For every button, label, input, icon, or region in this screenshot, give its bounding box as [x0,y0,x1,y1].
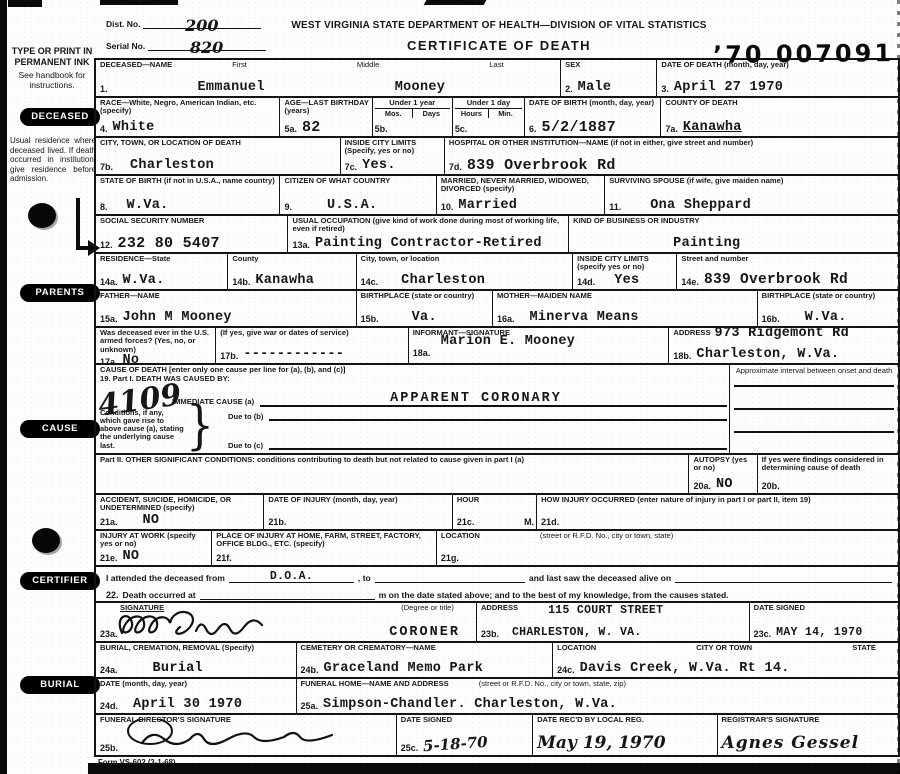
residence-city-label: City, town, or location [361,255,571,263]
immediate-cause-value: APPARENT CORONARY [390,392,562,405]
item-number: 23c. [754,629,772,639]
burial-state-label: STATE [852,644,876,652]
section-tab-cause: CAUSE [20,420,100,438]
item-number: 2. [565,84,573,94]
item-number: 21d. [541,517,559,527]
item-number: 14c. [361,277,379,287]
field-registrar-signature: REGISTRAR'S SIGNATURE Agnes Gessel [718,715,898,755]
field-other-conditions: Part II. OTHER SIGNIFICANT CONDITIONS: c… [96,455,689,493]
serial-number: Serial No. 820 [106,38,266,51]
attended-to-blank [375,570,525,583]
item-number: 24c. [557,665,575,675]
field-cemetery: CEMETERY OR CREMATORY—NAME 24b. Gracelan… [297,643,554,677]
certificate-title: CERTIFICATE OF DEATH [284,38,714,53]
field-surviving-spouse: SURVIVING SPOUSE (if wife, give maiden n… [605,176,898,214]
date-received-label: DATE REC'D BY LOCAL REG. [537,716,714,724]
field-inside-city-limits: INSIDE CITY LIMITS (Specify, yes or no) … [341,138,445,174]
date-received-value: May 19, 1970 [537,733,665,753]
state-of-birth-value: W.Va. [127,199,169,212]
item-number: 10. [441,202,454,212]
field-informant-address: ADDRESS 973 Ridgemont Rd 18b. Charleston… [669,328,898,363]
injury-at-work-value: NO [123,550,140,563]
age-label: AGE—LAST BIRTHDAY (years) [284,99,369,116]
armed-forces-label: Was deceased ever in the U.S. armed forc… [100,329,213,354]
interval-header: Approximate interval between onset and d… [734,367,894,375]
item-number: 20a. [693,481,711,491]
certifier-date-signed-value: MAY 14, 1970 [776,626,862,639]
field-mother-birthplace: BIRTHPLACE (state or country) 16b. W.Va. [758,291,898,326]
city-of-death-value: Charleston [130,159,214,172]
mother-birthplace-value: W.Va. [805,311,847,324]
other-conditions-label: Part II. OTHER SIGNIFICANT CONDITIONS: c… [100,456,686,464]
last-name-value: Mooney [395,81,445,94]
item-number: 7b. [100,162,113,172]
burial-location-value: Davis Creek, W.Va. Rt 14. [580,662,790,675]
item-number: 21f. [216,553,232,563]
field-father-birthplace: BIRTHPLACE (state or country) 15b. Va. [357,291,493,326]
item-number: 24d. [100,701,118,711]
item-number: 14b. [232,277,250,287]
item-number: 9. [284,202,292,212]
field-date-received: DATE REC'D BY LOCAL REG. May 19, 1970 [533,715,717,755]
field-under-1-year: Under 1 year Mos.Days 5b. [373,98,453,136]
funeral-home-sub-label: (street or R.F.D. No., city or town, sta… [479,680,626,688]
degree-title-value: CORONER [389,626,460,639]
field-injury-location: LOCATION (street or R.F.D. No., city or … [437,531,898,565]
deceased-name-label: DECEASED—NAME [100,61,172,69]
item-number: 7c. [345,162,358,172]
field-race: RACE—White, Negro, American Indian, etc.… [96,98,280,136]
certifier-date-signed-label: DATE SIGNED [754,604,896,612]
attended-suffix: and last saw the deceased alive on [529,573,671,583]
item-number: 16b. [762,314,780,324]
brace-glyph: } [186,404,214,456]
item-number: 7d. [449,162,462,172]
ssn-value: 232 80 5407 [118,237,220,250]
race-label: RACE—White, Negro, American Indian, etc.… [100,99,277,116]
hours-label: Hours [455,109,488,118]
field-county-of-death: COUNTY OF DEATH 7a. Kanawha [661,98,898,136]
county-of-death-value: Kanawha [683,121,742,134]
death-occurred-suffix: m on the date stated above; and to the b… [379,590,729,600]
scan-edge-left [0,0,7,774]
field-injury-at-work: INJURY AT WORK (specify yes or no) 21e. … [96,531,212,565]
item-number: 15b. [361,314,379,324]
death-time-blank [200,587,375,600]
attended-prefix: I attended the deceased from [106,573,225,583]
date-of-birth-value: 5/2/1887 [542,121,616,134]
item-number: 20b. [762,481,780,491]
field-sex: SEX 2. Male [561,60,657,96]
last-seen-blank [675,570,892,583]
item-number: 23b. [481,629,499,639]
field-deceased-name: DECEASED—NAME First Middle Last 1. Emman… [96,60,561,96]
coroner-signature-image [110,609,340,639]
residence-street-label: Street and number [681,255,896,263]
burial-date-value: April 30 1970 [133,698,242,711]
city-of-death-label: CITY, TOWN, OR LOCATION OF DEATH [100,139,338,147]
field-industry: KIND OF BUSINESS OR INDUSTRY x Painting [569,216,898,252]
margin-instructions-2: See handbook for instructions. [12,70,92,90]
margin-instructions: TYPE OR PRINT IN PERMANENT INK [10,46,94,68]
field-residence-street: Street and number 14e. 839 Overbrook Rd [677,254,898,289]
residence-city-value: Charleston [401,274,485,287]
field-city-of-death: CITY, TOWN, OR LOCATION OF DEATH 7b. Cha… [96,138,341,174]
burial-type-value: Burial [153,662,203,675]
section-tab-certifier: CERTIFIER [20,572,100,590]
father-birthplace-label: BIRTHPLACE (state or country) [361,292,490,300]
field-hour: HOUR 21c. M. [453,495,537,529]
field-certifier-signature: SIGNATURE (Degree or title) 23a. CORONER [96,603,477,641]
date-of-injury-label: DATE OF INJURY (month, day, year) [268,496,449,504]
scan-artifact [100,0,178,5]
field-burial-type: BURIAL, CREMATION, REMOVAL (Specify) 24a… [96,643,297,677]
field-interval: Approximate interval between onset and d… [730,365,898,453]
item-number: 5c. [455,124,468,134]
item-number: 25c. [401,743,419,753]
citizen-value: U.S.A. [327,199,377,212]
autopsy-label: AUTOPSY (yes or no) [693,456,754,473]
item-number: 5b. [375,124,388,134]
funeral-home-value: Simpson-Chandler. Charleston, W.Va. [323,698,617,711]
field-burial-location: LOCATION CITY OR TOWN STATE 24c. Davis C… [553,643,898,677]
findings-label: If yes were findings considered in deter… [762,456,896,473]
inside-city-limits-value: Yes. [362,159,396,172]
death-occurred-prefix: Death occurred at [123,590,196,600]
inside-city-limits-label: INSIDE CITY LIMITS (Specify, yes or no) [345,139,442,156]
father-name-label: FATHER—NAME [100,292,354,300]
field-citizen: CITIZEN OF WHAT COUNTRY 9. U.S.A. [280,176,436,214]
interval-line-a [734,385,894,387]
section-tab-parents: PARENTS [20,284,100,302]
item-number: 14a. [100,277,118,287]
item-number: 25a. [301,701,319,711]
scan-artifact [424,0,487,5]
item-number: 5a. [284,124,297,134]
residence-state-value: W.Va. [123,274,165,287]
left-margin: TYPE OR PRINT IN PERMANENT INK See handb… [8,0,96,774]
how-injury-label: HOW INJURY OCCURRED (enter nature of inj… [541,496,896,504]
field-director-date-signed: DATE SIGNED 25c. 5-18-70 [397,715,533,755]
item-number: 13a. [292,240,310,250]
item-number: 14e. [681,277,699,287]
field-marital-status: MARRIED, NEVER MARRIED, WIDOWED, DIVORCE… [437,176,605,214]
item-number: 11. [609,202,621,212]
field-burial-date: DATE (month, day, year) 24d. April 30 19… [96,679,297,713]
item-number: 21g. [441,553,459,563]
informant-address-line: 973 Ridgemont Rd [715,327,849,340]
months-label: Mos. [375,109,412,118]
sex-label: SEX [565,61,654,69]
county-of-death-label: COUNTY OF DEATH [665,99,896,107]
form-number: Form VS-602 (3-1-68) [94,757,900,767]
funeral-home-label: FUNERAL HOME—NAME AND ADDRESS [301,680,449,688]
marital-status-label: MARRIED, NEVER MARRIED, WIDOWED, DIVORCE… [441,177,602,194]
under-1-year-label: Under 1 year [375,99,450,107]
minutes-label: Min. [488,109,522,118]
interval-line-b [734,408,894,410]
field-residence-limits: INSIDE CITY LIMITS (specify yes or no) 1… [573,254,677,289]
form-grid: DECEASED—NAME First Middle Last 1. Emman… [94,58,900,757]
date-of-death-value: April 27 1970 [674,81,783,94]
item-number: 12. [100,240,113,250]
accident-value: NO [143,514,160,527]
field-war-dates: (If yes, give war or dates of service) 1… [216,328,408,363]
item-number: 15a. [100,314,118,324]
field-director-signature: FUNERAL DIRECTOR'S SIGNATURE 25b. [96,715,397,755]
race-value: White [113,121,155,134]
field-date-of-injury: DATE OF INJURY (month, day, year) 21b. [264,495,452,529]
accident-label: ACCIDENT, SUICIDE, HOMICIDE, OR UNDETERM… [100,496,261,513]
autopsy-value: NO [716,478,733,491]
field-hospital: HOSPITAL OR OTHER INSTITUTION—NAME (if n… [445,138,898,174]
field-occupation: USUAL OCCUPATION (give kind of work done… [288,216,569,252]
item-number: 16a. [497,314,515,324]
field-place-of-injury: PLACE OF INJURY AT HOME, FARM, STREET, F… [212,531,437,565]
field-findings: If yes were findings considered in deter… [758,455,898,493]
cause-of-death-header: CAUSE OF DEATH [enter only one cause per… [100,366,727,374]
form-header: Dist. No. 200 Serial No. 820 WEST VIRGIN… [94,8,900,58]
ssn-label: SOCIAL SECURITY NUMBER [100,217,285,225]
field-autopsy: AUTOPSY (yes or no) 20a. NO [689,455,757,493]
mother-birthplace-label: BIRTHPLACE (state or country) [762,292,896,300]
item-number: 21b. [268,517,286,527]
field-state-of-birth: STATE OF BIRTH (if not in U.S.A., name c… [96,176,280,214]
injury-at-work-label: INJURY AT WORK (specify yes or no) [100,532,209,549]
field-certifier-address: ADDRESS 115 COURT STREET 23b. CHARLESTON… [477,603,750,641]
item-number: 21c. [457,517,475,527]
field-date-of-death: DATE OF DEATH (month, day, year) 3. Apri… [657,60,898,96]
last-label: Last [489,61,503,69]
item-number: 24a. [100,665,118,675]
burial-city-label: CITY OR TOWN [696,644,752,652]
item-number: 14d. [577,277,595,287]
item-number: 22. [106,590,119,600]
director-date-signed-value: 5-18-70 [423,733,489,755]
item-number: 21a. [100,517,118,527]
mother-name-label: MOTHER—MAIDEN NAME [497,292,755,300]
field-accident: ACCIDENT, SUICIDE, HOMICIDE, OR UNDETERM… [96,495,264,529]
war-dates-label: (If yes, give war or dates of service) [220,329,405,337]
mother-name-value: Minerva Means [530,311,639,324]
injury-location-label: LOCATION [441,532,480,540]
field-funeral-home: FUNERAL HOME—NAME AND ADDRESS (street or… [297,679,899,713]
cemetery-value: Graceland Memo Park [324,662,484,675]
field-under-1-day: Under 1 day HoursMin. 5c. [453,98,525,136]
director-date-signed-label: DATE SIGNED [401,716,530,724]
field-date-of-birth: DATE OF BIRTH (month, day, year) 6. 5/2/… [525,98,661,136]
field-informant: INFORMANT—SIGNATURE Marion E. Mooney 18a… [409,328,670,363]
item-number: 24b. [301,665,319,675]
item-number: 4. [100,124,108,134]
marital-status-value: Married [458,199,517,212]
certificate-form: Dist. No. 200 Serial No. 820 WEST VIRGIN… [94,8,900,767]
attended-from-value: D.O.A. [270,570,313,583]
father-name-value: John M Mooney [123,311,232,324]
field-residence-city: City, town, or location 14c. Charleston [357,254,574,289]
punch-hole-icon [32,528,60,553]
item-number: 1. [100,84,108,94]
field-ssn: SOCIAL SECURITY NUMBER 12. 232 80 5407 [96,216,288,252]
injury-location-sub-label: (street or R.F.D. No., city or town, sta… [540,532,673,540]
item-number: 8. [100,202,108,212]
hour-meridiem-label: M. [524,517,534,527]
item-number: 17b. [220,351,238,361]
field-residence-state: RESIDENCE—State 14a. W.Va. [96,254,228,289]
punch-hole-icon [28,203,56,228]
first-label: First [232,61,247,69]
war-dates-value: ------------ [243,348,344,361]
residence-county-value: Kanawha [255,274,314,287]
department-title: WEST VIRGINIA STATE DEPARTMENT OF HEALTH… [284,20,714,31]
certifier-address-line1: 115 COURT STREET [548,604,663,617]
sex-value: Male [578,81,612,94]
informant-address-value: Charleston, W.Va. [696,348,839,361]
death-certificate-scan: TYPE OR PRINT IN PERMANENT INK See handb… [0,0,900,774]
residence-county-label: County [232,255,353,263]
field-armed-forces: Was deceased ever in the U.S. armed forc… [96,328,216,363]
due-to-b-label: Due to (b) [228,413,263,421]
due-to-c-label: Due to (c) [228,442,263,450]
field-mother-name: MOTHER—MAIDEN NAME 16a. Minerva Means [493,291,758,326]
citizen-label: CITIZEN OF WHAT COUNTRY [284,177,433,185]
item-number: 18b. [673,351,691,361]
item-number: 3. [661,84,669,94]
field-age: AGE—LAST BIRTHDAY (years) 5a. 82 [280,98,372,136]
occupation-label: USUAL OCCUPATION (give kind of work done… [292,217,566,234]
informant-value: Marion E. Mooney [441,335,667,348]
place-of-injury-label: PLACE OF INJURY AT HOME, FARM, STREET, F… [216,532,434,549]
hospital-label: HOSPITAL OR OTHER INSTITUTION—NAME (if n… [449,139,896,147]
cause-part1-label: 19. Part I. DEATH WAS CAUSED BY: [100,375,727,383]
first-name-value: Emmanuel [198,81,265,94]
age-value: 82 [302,121,321,134]
industry-label: KIND OF BUSINESS OR INDUSTRY [573,217,896,225]
registrar-signature-label: REGISTRAR'S SIGNATURE [722,716,896,724]
hour-label: HOUR [457,496,534,504]
registrar-signature-value: Agnes Gessel [722,733,860,753]
field-certifier-date-signed: DATE SIGNED 23c. MAY 14, 1970 [750,603,898,641]
section-tab-deceased: DECEASED [20,108,100,126]
informant-address-label: ADDRESS [673,329,710,337]
state-of-birth-label: STATE OF BIRTH (if not in U.S.A., name c… [100,177,277,185]
date-of-death-label: DATE OF DEATH (month, day, year) [661,61,896,69]
district-number-label: Dist. No. [106,19,140,29]
item-number: 7a. [665,124,678,134]
district-number: Dist. No. 200 [106,16,261,29]
serial-number-value: 820 [190,38,223,57]
residence-state-label: RESIDENCE—State [100,255,225,263]
spouse-label: SURVIVING SPOUSE (if wife, give maiden n… [609,177,896,185]
field-father-name: FATHER—NAME 15a. John M Mooney [96,291,357,326]
residence-note: Usual residence where deceased lived. If… [10,136,96,184]
item-number: 18a. [413,348,431,358]
burial-date-label: DATE (month, day, year) [100,680,294,688]
spouse-value: Ona Sheppard [650,199,751,212]
field-attendance: I attended the deceased from D.O.A. , to… [96,567,898,603]
interval-line-c [734,431,894,433]
serial-number-label: Serial No. [106,41,145,51]
degree-title-label: (Degree or title) [401,604,454,612]
armed-forces-value: No [123,354,140,367]
district-number-value: 200 [185,16,218,35]
field-cause-of-death: CAUSE OF DEATH [enter only one cause per… [96,365,730,453]
director-signature-image [124,719,374,747]
date-of-birth-label: DATE OF BIRTH (month, day, year) [529,99,658,107]
cemetery-label: CEMETERY OR CREMATORY—NAME [301,644,551,652]
industry-value: Painting [673,237,740,250]
field-residence-county: County 14b. Kanawha [228,254,356,289]
burial-location-label: LOCATION [557,644,596,652]
residence-limits-label: INSIDE CITY LIMITS (specify yes or no) [577,255,674,272]
certifier-address-label: ADDRESS [481,604,518,617]
days-label: Days [412,109,450,118]
item-number: 21e. [100,553,118,563]
attended-mid: , to [358,573,371,583]
burial-type-label: BURIAL, CREMATION, REMOVAL (Specify) [100,644,294,652]
occupation-value: Painting Contractor-Retired [315,237,542,250]
hospital-value: 839 Overbrook Rd [467,159,616,172]
item-number: 25b. [100,743,118,753]
item-number: 6. [529,124,537,134]
father-birthplace-value: Va. [412,311,437,324]
certifier-address-line2: CHARLESTON, W. VA. [512,626,642,639]
under-1-day-label: Under 1 day [455,99,522,107]
section-tab-burial: BURIAL [20,676,100,694]
field-how-injury: HOW INJURY OCCURRED (enter nature of inj… [537,495,898,529]
residence-street-value: 839 Overbrook Rd [704,274,848,287]
residence-limits-value: Yes [614,274,639,287]
middle-label: Middle [357,61,379,69]
